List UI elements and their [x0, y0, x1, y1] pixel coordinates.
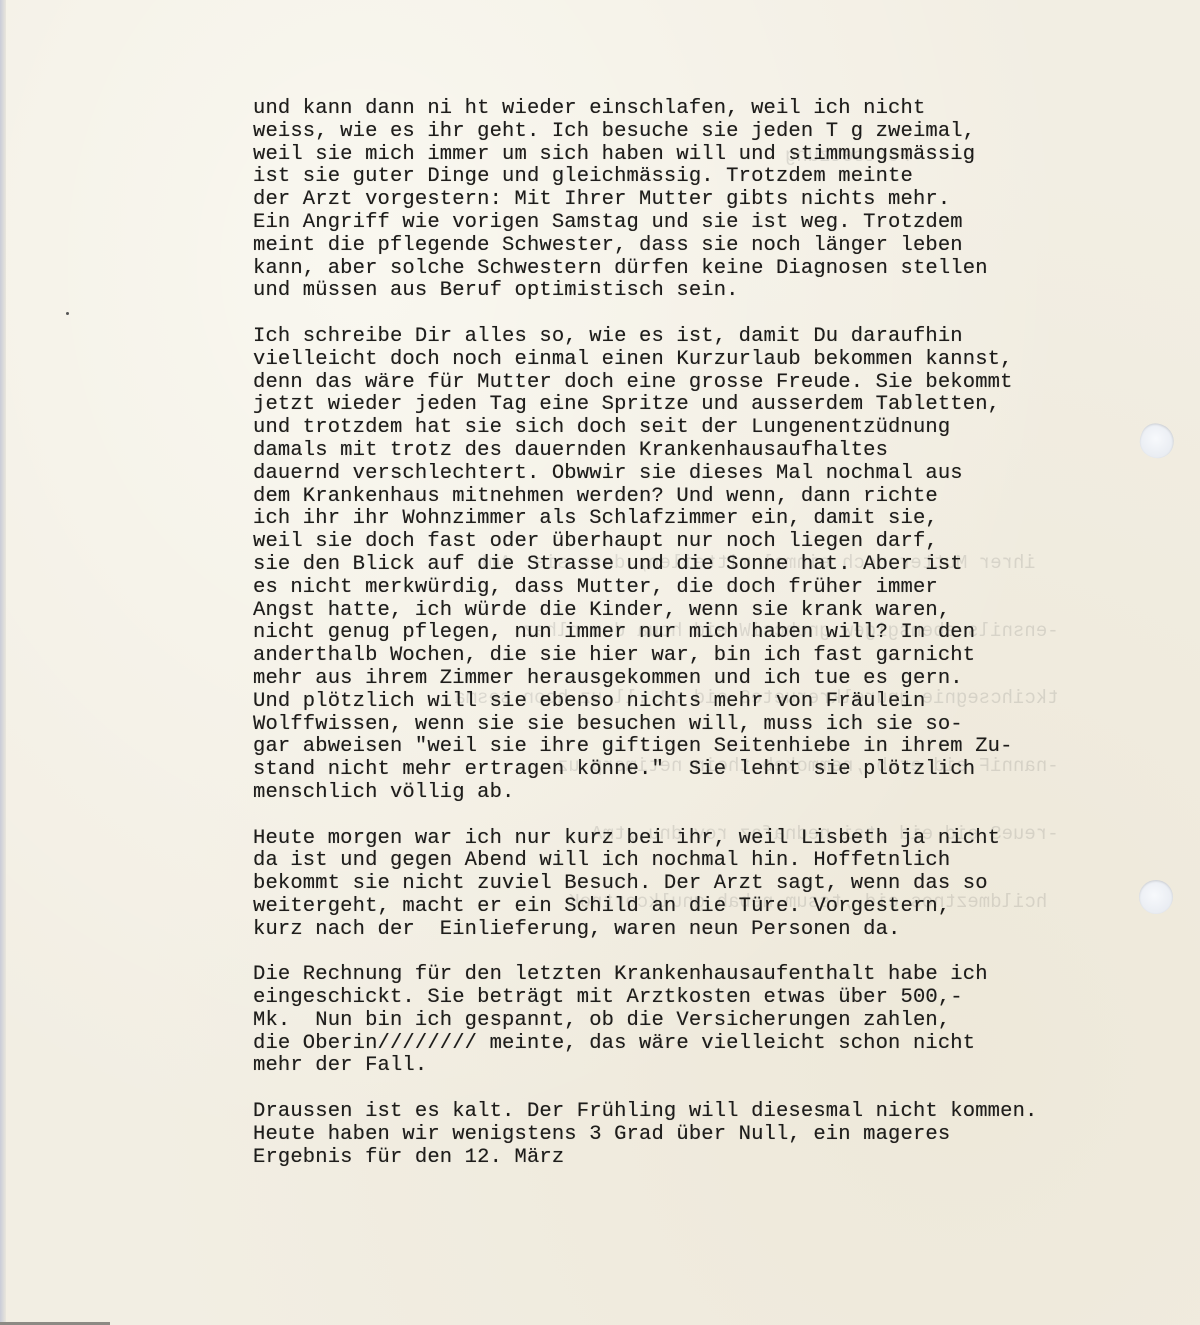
text-line: da ist und gegen Abend will ich nochmal …	[253, 850, 1173, 873]
text-line: weitergeht, macht er ein Schild an die T…	[253, 896, 1173, 919]
text-line: vielleicht doch noch einmal einen Kurzur…	[253, 349, 1173, 372]
text-line: sie den Blick auf die Strasse und die So…	[253, 554, 1173, 577]
text-line: denn das wäre für Mutter doch eine gross…	[253, 372, 1173, 395]
text-line: anderthalb Wochen, die sie hier war, bin…	[253, 645, 1173, 668]
text-line: Angst hatte, ich würde die Kinder, wenn …	[253, 600, 1173, 623]
text-line: es nicht merkwürdig, dass Mutter, die do…	[253, 577, 1173, 600]
text-line: und kann dann ni ht wieder einschlafen, …	[253, 98, 1173, 121]
text-line: ich ihr ihr Wohnzimmer als Schlafzimmer …	[253, 508, 1173, 531]
text-line: Ein Angriff wie vorigen Samstag und sie …	[253, 212, 1173, 235]
text-line: menschlich völlig ab.	[253, 782, 1173, 805]
paragraph-2: Ich schreibe Dir alles so, wie es ist, d…	[253, 326, 1173, 805]
text-line: jetzt wieder jeden Tag eine Spritze und …	[253, 394, 1173, 417]
paragraph-5: Draussen ist es kalt. Der Frühling will …	[253, 1101, 1173, 1169]
paragraph-3: Heute morgen war ich nur kurz bei ihr, w…	[253, 828, 1173, 942]
text-line: und müssen aus Beruf optimistisch sein.	[253, 280, 1173, 303]
text-line: damals mit trotz des dauernden Krankenha…	[253, 440, 1173, 463]
text-line: Mk. Nun bin ich gespannt, ob die Versich…	[253, 1010, 1173, 1033]
letter-body: und kann dann ni ht wieder einschlafen, …	[253, 98, 1173, 1192]
text-line: dem Krankenhaus mitnehmen werden? Und we…	[253, 486, 1173, 509]
text-line: mehr aus ihrem Zimmer herausgekommen und…	[253, 668, 1173, 691]
ink-speck	[66, 312, 69, 315]
text-line: Draussen ist es kalt. Der Frühling will …	[253, 1101, 1173, 1124]
text-line: weiss, wie es ihr geht. Ich besuche sie …	[253, 121, 1173, 144]
letter-page: Fortsetzung	[0, 0, 1200, 1325]
punch-hole	[1139, 880, 1173, 914]
text-line: Die Rechnung für den letzten Krankenhaus…	[253, 964, 1173, 987]
text-line: Ergebnis für den 12. März	[253, 1147, 1173, 1170]
text-line: Wolffwissen, wenn sie sie besuchen will,…	[253, 714, 1173, 737]
text-line: stand nicht mehr ertragen könne." Sie le…	[253, 759, 1173, 782]
text-line: Und plötzlich will sie ebenso nichts meh…	[253, 691, 1173, 714]
paragraph-4: Die Rechnung für den letzten Krankenhaus…	[253, 964, 1173, 1078]
paper-left-edge	[0, 0, 6, 1325]
text-line: bekommt sie nicht zuviel Besuch. Der Arz…	[253, 873, 1173, 896]
text-line: eingeschickt. Sie beträgt mit Arztkosten…	[253, 987, 1173, 1010]
text-line: der Arzt vorgestern: Mit Ihrer Mutter gi…	[253, 189, 1173, 212]
text-line: die Oberin//////// meinte, das wäre viel…	[253, 1033, 1173, 1056]
text-line: dauernd verschlechtert. Obwwir sie diese…	[253, 463, 1173, 486]
text-line: gar abweisen "weil sie ihre giftigen Sei…	[253, 736, 1173, 759]
text-line: Heute morgen war ich nur kurz bei ihr, w…	[253, 828, 1173, 851]
text-line: nicht genug pflegen, nun immer nur mich …	[253, 622, 1173, 645]
text-line: weil sie doch fast oder überhaupt nur no…	[253, 531, 1173, 554]
text-line: kann, aber solche Schwestern dürfen kein…	[253, 258, 1173, 281]
text-line: weil sie mich immer um sich haben will u…	[253, 144, 1173, 167]
text-line: Heute haben wir wenigstens 3 Grad über N…	[253, 1124, 1173, 1147]
text-line: ist sie guter Dinge und gleichmässig. Tr…	[253, 166, 1173, 189]
text-line: mehr der Fall.	[253, 1055, 1173, 1078]
text-line: kurz nach der Einlieferung, waren neun P…	[253, 919, 1173, 942]
text-line: meint die pflegende Schwester, dass sie …	[253, 235, 1173, 258]
text-line: und trotzdem hat sie sich doch seit der …	[253, 417, 1173, 440]
paragraph-1: und kann dann ni ht wieder einschlafen, …	[253, 98, 1173, 303]
text-line: Ich schreibe Dir alles so, wie es ist, d…	[253, 326, 1173, 349]
